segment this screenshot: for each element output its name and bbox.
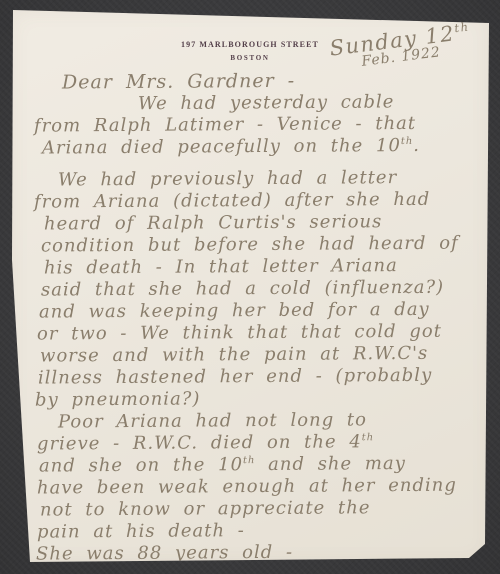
letter-line: pain at his death - xyxy=(37,518,484,543)
letter-line: worse and with the pain at R.W.C's xyxy=(40,342,484,367)
letter-line: said that she had a cold (influenza?) xyxy=(41,276,484,301)
letter-line: Dear Mrs. Gardner - xyxy=(62,69,484,94)
letter-line: We had previously had a letter xyxy=(58,167,484,192)
handwritten-date: Sunday 12th Feb. 1922 xyxy=(328,20,473,74)
photo-background: { "photo": { "background_color": "#3a3a3… xyxy=(0,0,500,574)
letter-line: condition but before she had heard of xyxy=(41,232,484,257)
letter-line: Ariana died peacefully on the 10th. xyxy=(42,134,484,159)
letter-line: illness hastened her end - (probably xyxy=(38,364,484,389)
letter-line: grieve - R.W.C. died on the 4th xyxy=(37,430,484,455)
letter-line: not to know or appreciate the xyxy=(40,496,484,521)
letter-line: from Ariana (dictated) after she had xyxy=(34,188,484,213)
letter-line: and was keeping her bed for a day xyxy=(39,298,484,323)
letter-line: heard of Ralph Curtis's serious xyxy=(44,210,484,235)
letter-line: She was 88 years old - xyxy=(36,540,484,565)
letter-line: by pneumonia?) xyxy=(35,386,484,411)
letter-line: We had yesterday cable xyxy=(138,91,484,115)
letter-line: Poor Ariana had not long to xyxy=(58,409,484,434)
letter-line: and she on the 10th and she may xyxy=(39,452,484,477)
letter-paper: 197 MARLBOROUGH STREET BOSTON Sunday 12t… xyxy=(0,0,500,574)
letter-body: Dear Mrs. Gardner -We had yesterday cabl… xyxy=(36,70,484,564)
letter-line: or two - We think that that cold got xyxy=(37,320,484,345)
letter-line: have been weak enough at her ending xyxy=(37,474,484,499)
letter-line: from Ralph Latimer - Venice - that xyxy=(34,112,484,137)
letter-line: his death - In that letter Ariana xyxy=(44,254,484,279)
